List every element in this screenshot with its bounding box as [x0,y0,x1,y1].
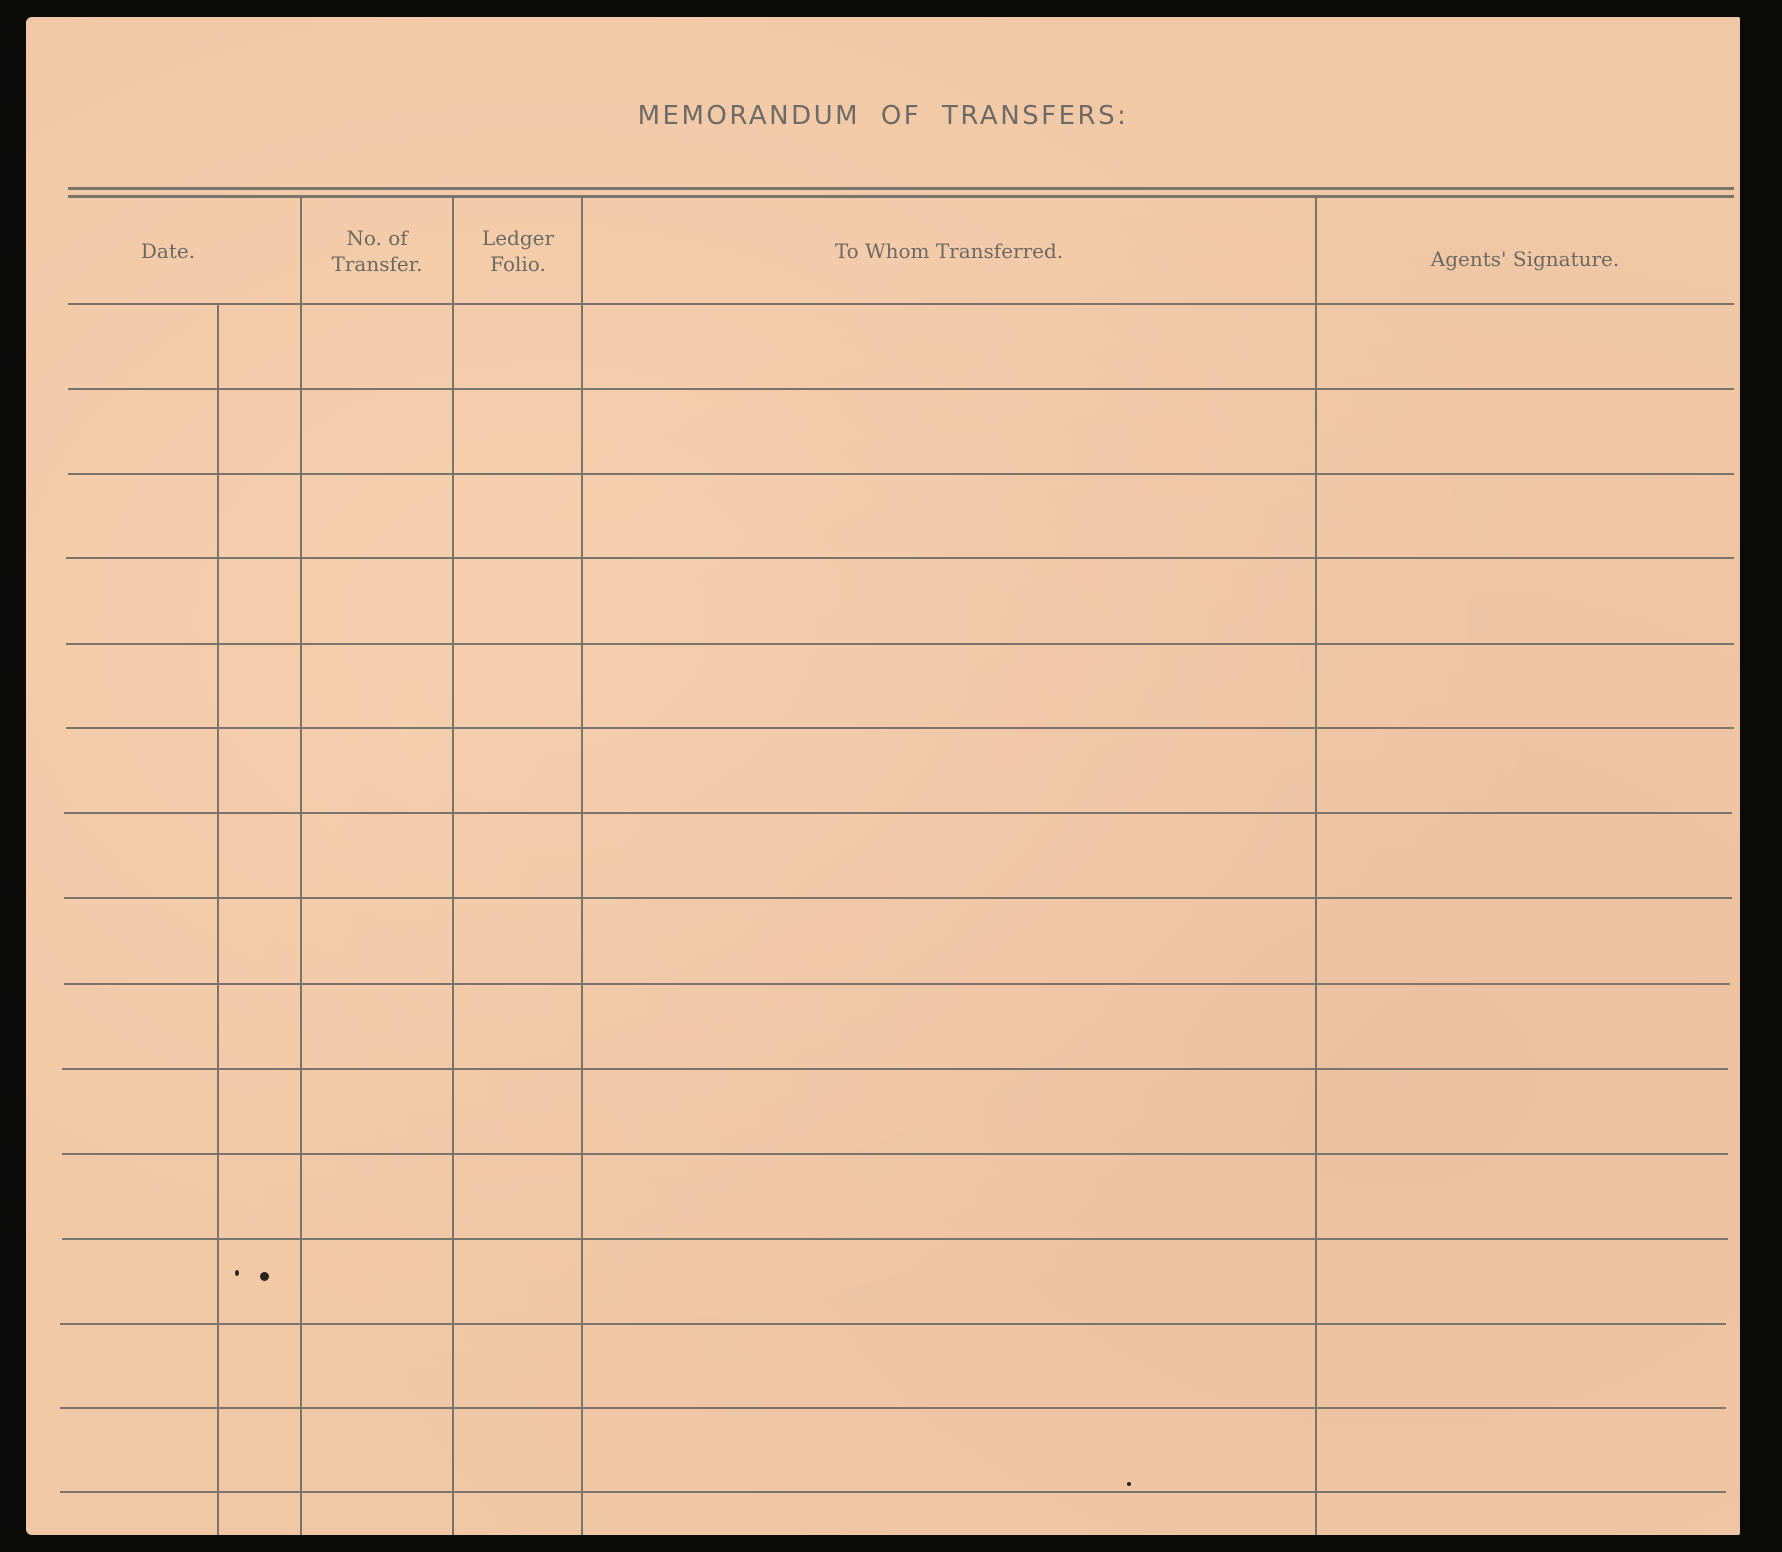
no-of-transfer-header-label: No. of Transfer. [332,225,423,277]
row-rule [66,727,1734,729]
column-header-to-whom-transferred: To Whom Transferred. [582,199,1316,303]
row-rule [66,643,1734,645]
ledger-folio-line2: Folio. [490,252,546,276]
row-rule [62,1238,1728,1240]
ink-spot [260,1272,269,1281]
column-rule-ledger-folio [452,195,454,1535]
date-header-label: Date. [141,238,195,264]
row-rule [60,1491,1726,1493]
row-rule [68,388,1734,390]
row-rule [62,1153,1728,1155]
ledger-folio-header-label: Ledger Folio. [482,225,554,277]
row-rule [64,897,1732,899]
row-rule [60,1323,1726,1325]
column-header-date: Date. [68,199,268,303]
agents-signature-header-label: Agents' Signature. [1431,246,1620,272]
column-rule-agents-signature [1315,195,1317,1535]
column-rule-to-whom [581,195,583,1535]
ledger-folio-line1: Ledger [482,226,554,250]
column-rule-date-split [217,303,219,1535]
row-rule [62,1068,1728,1070]
row-rule [68,473,1734,475]
column-header-ledger-folio: Ledger Folio. [454,199,582,303]
no-of-transfer-line1: No. of [346,226,407,250]
document-page: MEMORANDUM OF TRANSFERS: Date. No. of Tr… [26,17,1740,1535]
header-double-rule-top [68,187,1734,190]
page-title: MEMORANDUM OF TRANSFERS: [26,101,1740,131]
column-header-agents-signature: Agents' Signature. [1316,207,1734,311]
header-double-rule-bottom [68,195,1734,198]
row-rule [64,812,1732,814]
header-bottom-rule [68,303,1734,305]
row-rule [60,1407,1726,1409]
ink-spot [235,1270,239,1276]
ink-spot [1127,1482,1131,1486]
to-whom-header-label: To Whom Transferred. [835,238,1063,264]
column-header-no-of-transfer: No. of Transfer. [302,199,452,303]
row-rule [66,557,1734,559]
row-rule [64,983,1730,985]
no-of-transfer-line2: Transfer. [332,252,423,276]
column-rule-no-of-transfer [300,195,302,1535]
